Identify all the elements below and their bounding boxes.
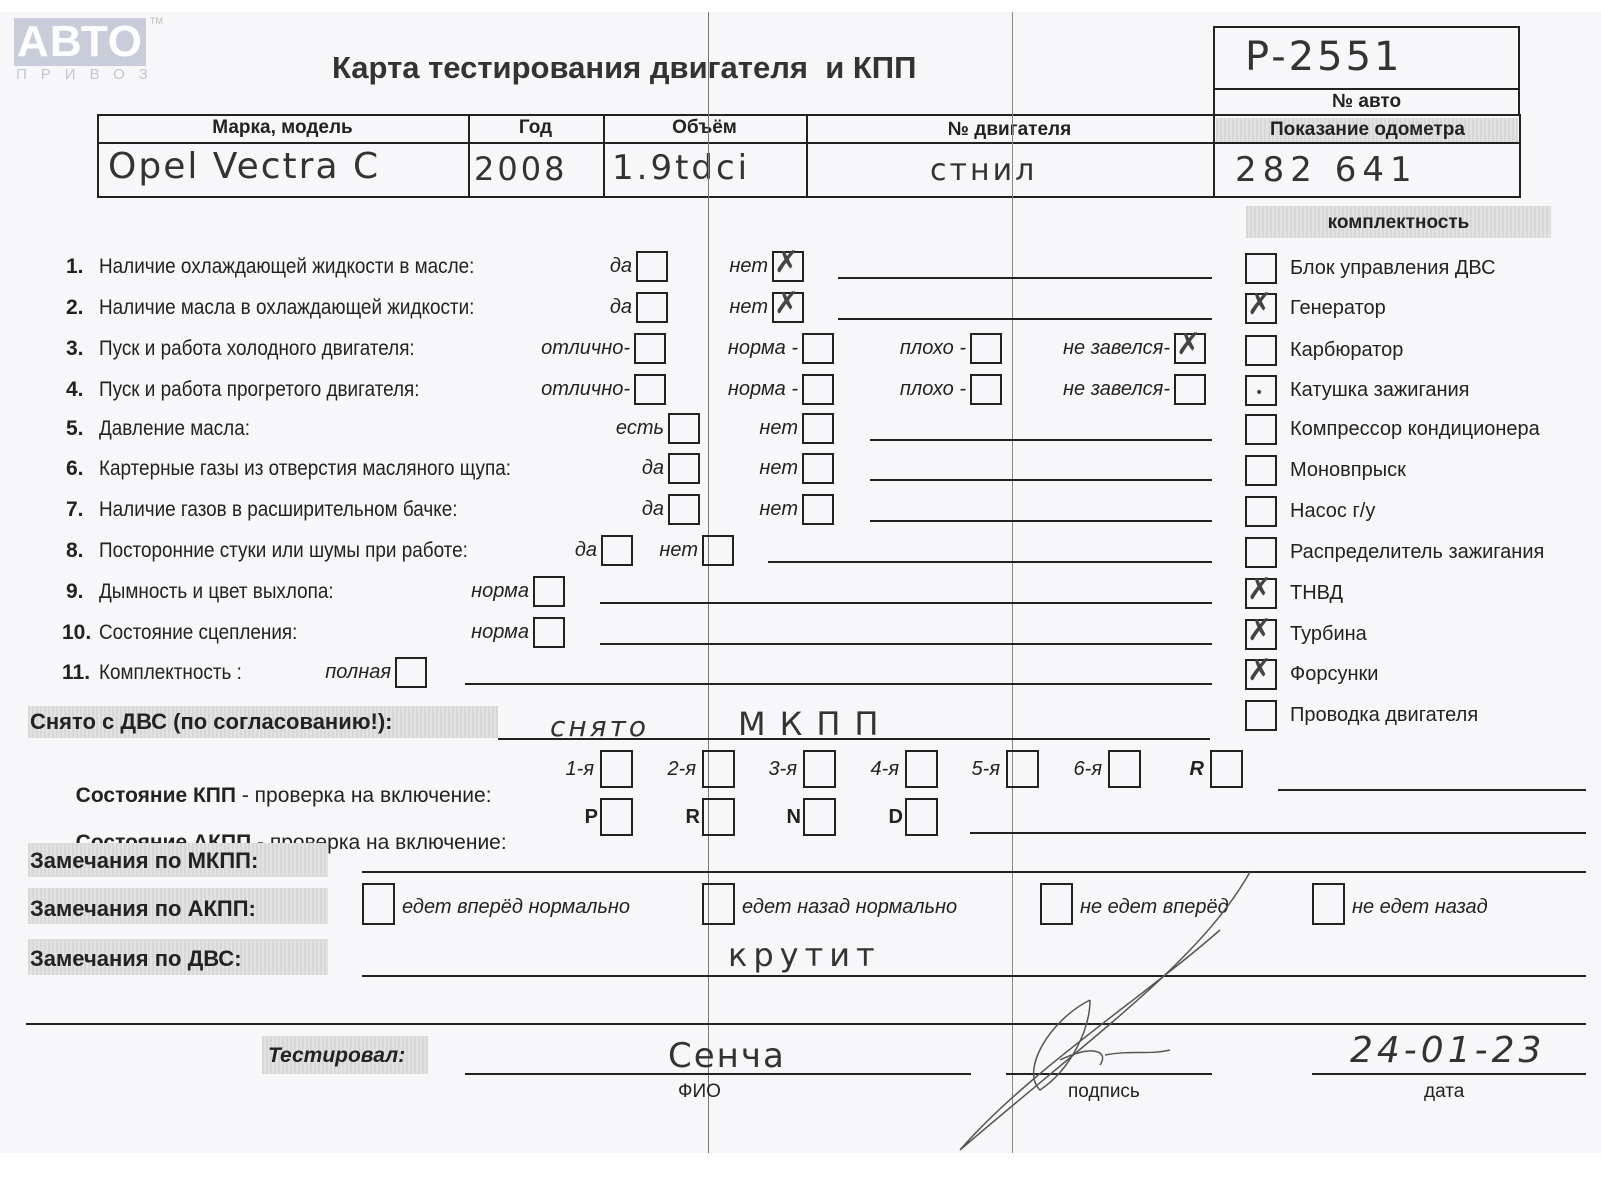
row-label: Пуск и работа прогретого двигателя: <box>99 378 420 402</box>
notes-line[interactable] <box>870 439 1212 441</box>
gear-label: P <box>585 806 598 829</box>
option-label: нет <box>659 539 698 562</box>
option-label: норма <box>471 621 529 644</box>
option-label: да <box>610 255 632 278</box>
row-number: 11. <box>62 661 90 685</box>
checkmark-x-icon: ✗ <box>1176 331 1201 359</box>
row-label: Пуск и работа холодного двигателя: <box>99 337 415 361</box>
option-label: нет <box>729 255 768 278</box>
row-number: 5. <box>66 417 84 441</box>
gear-label: N <box>787 806 801 829</box>
value-engine-number: стнил <box>930 153 1037 188</box>
option-label: отлично- <box>541 337 630 360</box>
dot-mark-icon: • <box>1255 379 1263 407</box>
gear-label: 2-я <box>668 758 696 781</box>
value-volume: 1.9tdci <box>612 148 750 188</box>
row-number: 4. <box>66 378 84 402</box>
logo-tm: TM <box>150 16 163 26</box>
row-number: 10. <box>62 621 91 645</box>
gear-label: 4-я <box>871 758 899 781</box>
completeness-label: Блок управления ДВС <box>1290 257 1496 280</box>
checkmark-x-icon: ✗ <box>1247 657 1272 685</box>
notes-line[interactable] <box>838 277 1212 279</box>
completeness-checkbox[interactable] <box>1245 335 1277 366</box>
akpp-remark-checkbox[interactable] <box>362 883 395 925</box>
option-checkbox[interactable] <box>636 292 668 323</box>
option-label: полная <box>325 661 391 684</box>
gear-label: D <box>889 806 903 829</box>
notes-line[interactable] <box>870 479 1212 481</box>
row-label: Давление масла: <box>99 417 250 441</box>
page-title: Карта тестирования двигателя и КПП <box>332 50 916 86</box>
option-label: норма <box>471 580 529 603</box>
tester-name-value: Сенча <box>668 1036 786 1076</box>
car-number-value: P-2551 <box>1245 34 1402 80</box>
value-make-model: Opel Vectra C <box>108 146 380 187</box>
gear-label: 5-я <box>972 758 1000 781</box>
completeness-label: Распределитель зажигания <box>1290 541 1544 564</box>
option-checkbox[interactable] <box>634 374 666 405</box>
gear-label: 6-я <box>1074 758 1102 781</box>
akpp-remark-checkbox[interactable] <box>1312 883 1345 925</box>
completeness-label: Карбюратор <box>1290 339 1403 362</box>
completeness-label: Катушка зажигания <box>1290 379 1470 402</box>
signature-scribble <box>940 870 1260 1160</box>
completeness-label: Проводка двигателя <box>1290 704 1478 727</box>
gear-checkbox[interactable] <box>905 798 938 836</box>
akpp-remark-checkbox[interactable] <box>702 883 735 925</box>
logo-subtitle: ПРИВОЗ <box>16 66 162 83</box>
gear-label: R <box>1190 758 1204 781</box>
option-checkbox[interactable] <box>802 453 834 484</box>
header-year: Год <box>468 117 603 139</box>
option-label: да <box>642 457 664 480</box>
option-checkbox[interactable] <box>668 453 700 484</box>
header-make-model: Марка, модель <box>97 117 468 139</box>
gear-label: 1-я <box>566 758 594 781</box>
option-checkbox[interactable] <box>970 374 1002 405</box>
option-checkbox[interactable] <box>802 333 834 364</box>
option-label: плохо - <box>900 337 966 360</box>
header-odometer: Показание одометра <box>1215 119 1520 141</box>
option-checkbox[interactable] <box>802 374 834 405</box>
gear-checkbox[interactable] <box>702 798 735 836</box>
checkmark-x-icon: ✗ <box>1247 576 1272 604</box>
option-checkbox[interactable] <box>634 333 666 364</box>
gear-label: 3-я <box>769 758 797 781</box>
removed-value-2: МКПП <box>738 705 892 743</box>
gear-checkbox[interactable] <box>1006 750 1039 788</box>
gear-checkbox[interactable] <box>702 750 735 788</box>
option-checkbox[interactable] <box>970 333 1002 364</box>
row-number: 3. <box>66 337 84 361</box>
row-label: Дымность и цвет выхлопа: <box>99 580 334 604</box>
remarks-mkpp-label: Замечания по МКПП: <box>30 848 258 874</box>
remarks-akpp-label: Замечания по АКПП: <box>30 896 256 922</box>
option-checkbox[interactable] <box>533 617 565 648</box>
option-label: нет <box>759 457 798 480</box>
completeness-checkbox[interactable] <box>1245 253 1277 284</box>
fold-line-1 <box>708 12 709 1153</box>
completeness-label: Генератор <box>1290 297 1386 320</box>
date-value: 24-01-23 <box>1350 1030 1545 1071</box>
option-checkbox[interactable] <box>636 251 668 282</box>
remarks-dvs-label: Замечания по ДВС: <box>30 946 242 972</box>
notes-line[interactable] <box>768 561 1212 563</box>
completeness-label: Насос г/у <box>1290 500 1375 523</box>
option-label: плохо - <box>900 378 966 401</box>
option-checkbox[interactable] <box>395 657 427 688</box>
notes-line[interactable] <box>600 643 1212 645</box>
option-checkbox[interactable] <box>802 494 834 525</box>
completeness-checkbox[interactable] <box>1245 537 1277 568</box>
gear-checkbox[interactable] <box>803 798 836 836</box>
gear-checkbox[interactable] <box>803 750 836 788</box>
notes-line[interactable] <box>870 520 1212 522</box>
row-label: Состояние сцепления: <box>99 621 297 645</box>
completeness-title: комплектность <box>1246 212 1551 234</box>
option-label: да <box>610 296 632 319</box>
option-label: нет <box>729 296 768 319</box>
gear-checkbox[interactable] <box>905 750 938 788</box>
row-number: 7. <box>66 498 84 522</box>
manual-gearbox-label: Состояние КПП - проверка на включение: <box>64 760 492 808</box>
logo-avto: АВТО <box>14 18 146 66</box>
checkmark-x-icon: ✗ <box>774 249 799 277</box>
checkmark-x-icon: ✗ <box>1247 291 1272 319</box>
completeness-label: Турбина <box>1290 623 1367 646</box>
option-label: нет <box>759 498 798 521</box>
header-volume: Объём <box>603 117 806 139</box>
completeness-label: Компрессор кондиционера <box>1290 418 1540 441</box>
row-label: Наличие газов в расширительном бачке: <box>99 498 457 522</box>
option-checkbox[interactable] <box>668 494 700 525</box>
completeness-checkbox[interactable] <box>1245 455 1277 486</box>
option-label: норма - <box>728 337 798 360</box>
notes-line[interactable] <box>600 602 1212 604</box>
completeness-label: Моновпрыск <box>1290 459 1406 482</box>
completeness-label: Форсунки <box>1290 663 1378 686</box>
akpp-remark-label: едет назад нормально <box>742 896 957 919</box>
option-label: нет <box>759 417 798 440</box>
checkmark-x-icon: ✗ <box>1247 617 1272 645</box>
row-number: 9. <box>66 580 84 604</box>
remarks-dvs-value: крутит <box>728 936 881 974</box>
value-year: 2008 <box>474 150 567 188</box>
gear-checkbox[interactable] <box>1210 750 1243 788</box>
row-number: 1. <box>66 255 84 279</box>
option-label: норма - <box>728 378 798 401</box>
option-checkbox[interactable] <box>802 413 834 444</box>
option-label: не завелся- <box>1063 337 1170 360</box>
option-label: отлично- <box>541 378 630 401</box>
completeness-label: ТНВД <box>1290 582 1343 605</box>
row-number: 6. <box>66 457 84 481</box>
option-checkbox[interactable] <box>1174 374 1206 405</box>
option-checkbox[interactable] <box>601 535 633 566</box>
tested-label: Тестировал: <box>268 1044 405 1068</box>
gear-checkbox[interactable] <box>1108 750 1141 788</box>
akpp-remark-label: не едет назад <box>1352 896 1488 919</box>
option-label: да <box>575 539 597 562</box>
date-label: дата <box>1424 1081 1464 1103</box>
header-engine-number: № двигателя <box>806 119 1213 141</box>
row-label: Наличие охлаждающей жидкости в масле: <box>99 255 474 279</box>
akpp-remark-label: едет вперёд нормально <box>402 896 630 919</box>
option-label: есть <box>616 417 664 440</box>
row-number: 8. <box>66 539 84 563</box>
option-checkbox[interactable] <box>702 535 734 566</box>
gear-label: R <box>686 806 700 829</box>
completeness-checkbox[interactable] <box>1245 496 1277 527</box>
completeness-checkbox[interactable] <box>1245 414 1277 445</box>
gear-checkbox[interactable] <box>600 798 633 836</box>
completeness-checkbox[interactable] <box>1245 700 1277 731</box>
removed-value-1: снято <box>550 710 649 743</box>
value-odometer: 282 641 <box>1235 150 1418 190</box>
option-checkbox[interactable] <box>533 576 565 607</box>
gear-checkbox[interactable] <box>600 750 633 788</box>
fio-label: ФИО <box>678 1081 721 1103</box>
row-number: 2. <box>66 296 84 320</box>
option-label: да <box>642 498 664 521</box>
row-label: Комплектность : <box>99 661 242 685</box>
notes-line[interactable] <box>838 318 1212 320</box>
car-number-label: № авто <box>1213 91 1520 113</box>
checkmark-x-icon: ✗ <box>774 290 799 318</box>
option-checkbox[interactable] <box>668 413 700 444</box>
row-label: Картерные газы из отверстия масляного щу… <box>99 457 511 481</box>
row-label: Наличие масла в охлаждающей жидкости: <box>99 296 474 320</box>
row-label: Посторонние стуки или шумы при работе: <box>99 539 468 563</box>
option-label: не завелся- <box>1063 378 1170 401</box>
notes-line[interactable] <box>465 683 1212 685</box>
removed-label: Снято с ДВС (по согласованию!): <box>30 709 393 735</box>
